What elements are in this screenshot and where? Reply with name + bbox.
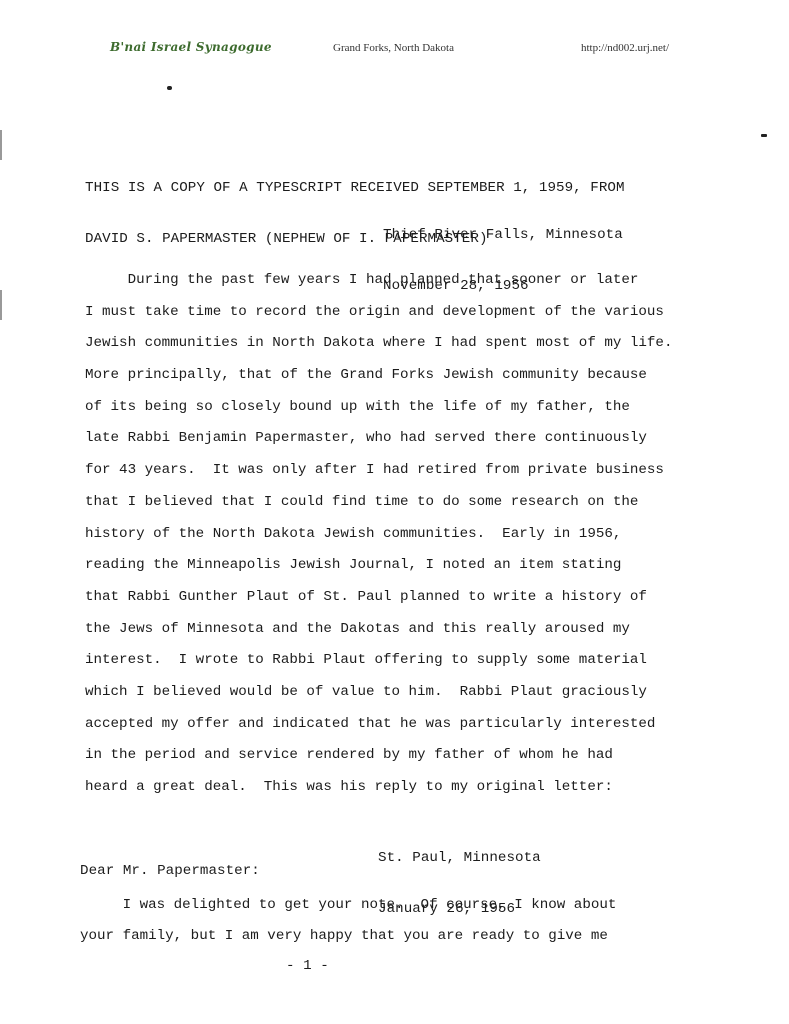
header-location: Grand Forks, North Dakota (333, 42, 454, 54)
body-line: of its being so closely bound up with th… (85, 397, 672, 429)
page-number: - 1 - (286, 958, 329, 975)
body-line: During the past few years I had planned … (85, 270, 672, 302)
body-line: heard a great deal. This was his reply t… (85, 777, 672, 809)
letter-body: I was delighted to get your note. Of cou… (80, 895, 616, 957)
sender-place: Thief River Falls, Minnesota (383, 227, 623, 244)
letter-place: St. Paul, Minnesota (378, 850, 541, 867)
letter-line: your family, but I am very happy that yo… (80, 926, 616, 957)
page-header: B'nai Israel Synagogue Grand Forks, Nort… (0, 40, 789, 60)
body-line: the Jews of Minnesota and the Dakotas an… (85, 619, 672, 651)
synagogue-logo-text: B'nai Israel Synagogue (110, 40, 272, 54)
body-line: in the period and service rendered by my… (85, 745, 672, 777)
body-line: for 43 years. It was only after I had re… (85, 460, 672, 492)
letter-salutation: Dear Mr. Papermaster: (80, 863, 260, 880)
body-line: history of the North Dakota Jewish commu… (85, 524, 672, 556)
body-line: interest. I wrote to Rabbi Plaut offerin… (85, 650, 672, 682)
scan-edge-mark (0, 130, 2, 160)
body-line: accepted my offer and indicated that he … (85, 714, 672, 746)
scan-edge-mark (0, 290, 2, 320)
letter-line: I was delighted to get your note. Of cou… (80, 895, 616, 926)
scan-speck (761, 134, 767, 137)
body-line: that Rabbi Gunther Plaut of St. Paul pla… (85, 587, 672, 619)
body-line: I must take time to record the origin an… (85, 302, 672, 334)
body-line: which I believed would be of value to hi… (85, 682, 672, 714)
scan-speck (167, 86, 172, 90)
document-body: During the past few years I had planned … (85, 270, 672, 809)
body-line: Jewish communities in North Dakota where… (85, 333, 672, 365)
body-line: More principally, that of the Grand Fork… (85, 365, 672, 397)
header-url[interactable]: http://nd002.urj.net/ (581, 42, 669, 54)
body-line: late Rabbi Benjamin Papermaster, who had… (85, 428, 672, 460)
body-line: that I believed that I could find time t… (85, 492, 672, 524)
body-line: reading the Minneapolis Jewish Journal, … (85, 555, 672, 587)
